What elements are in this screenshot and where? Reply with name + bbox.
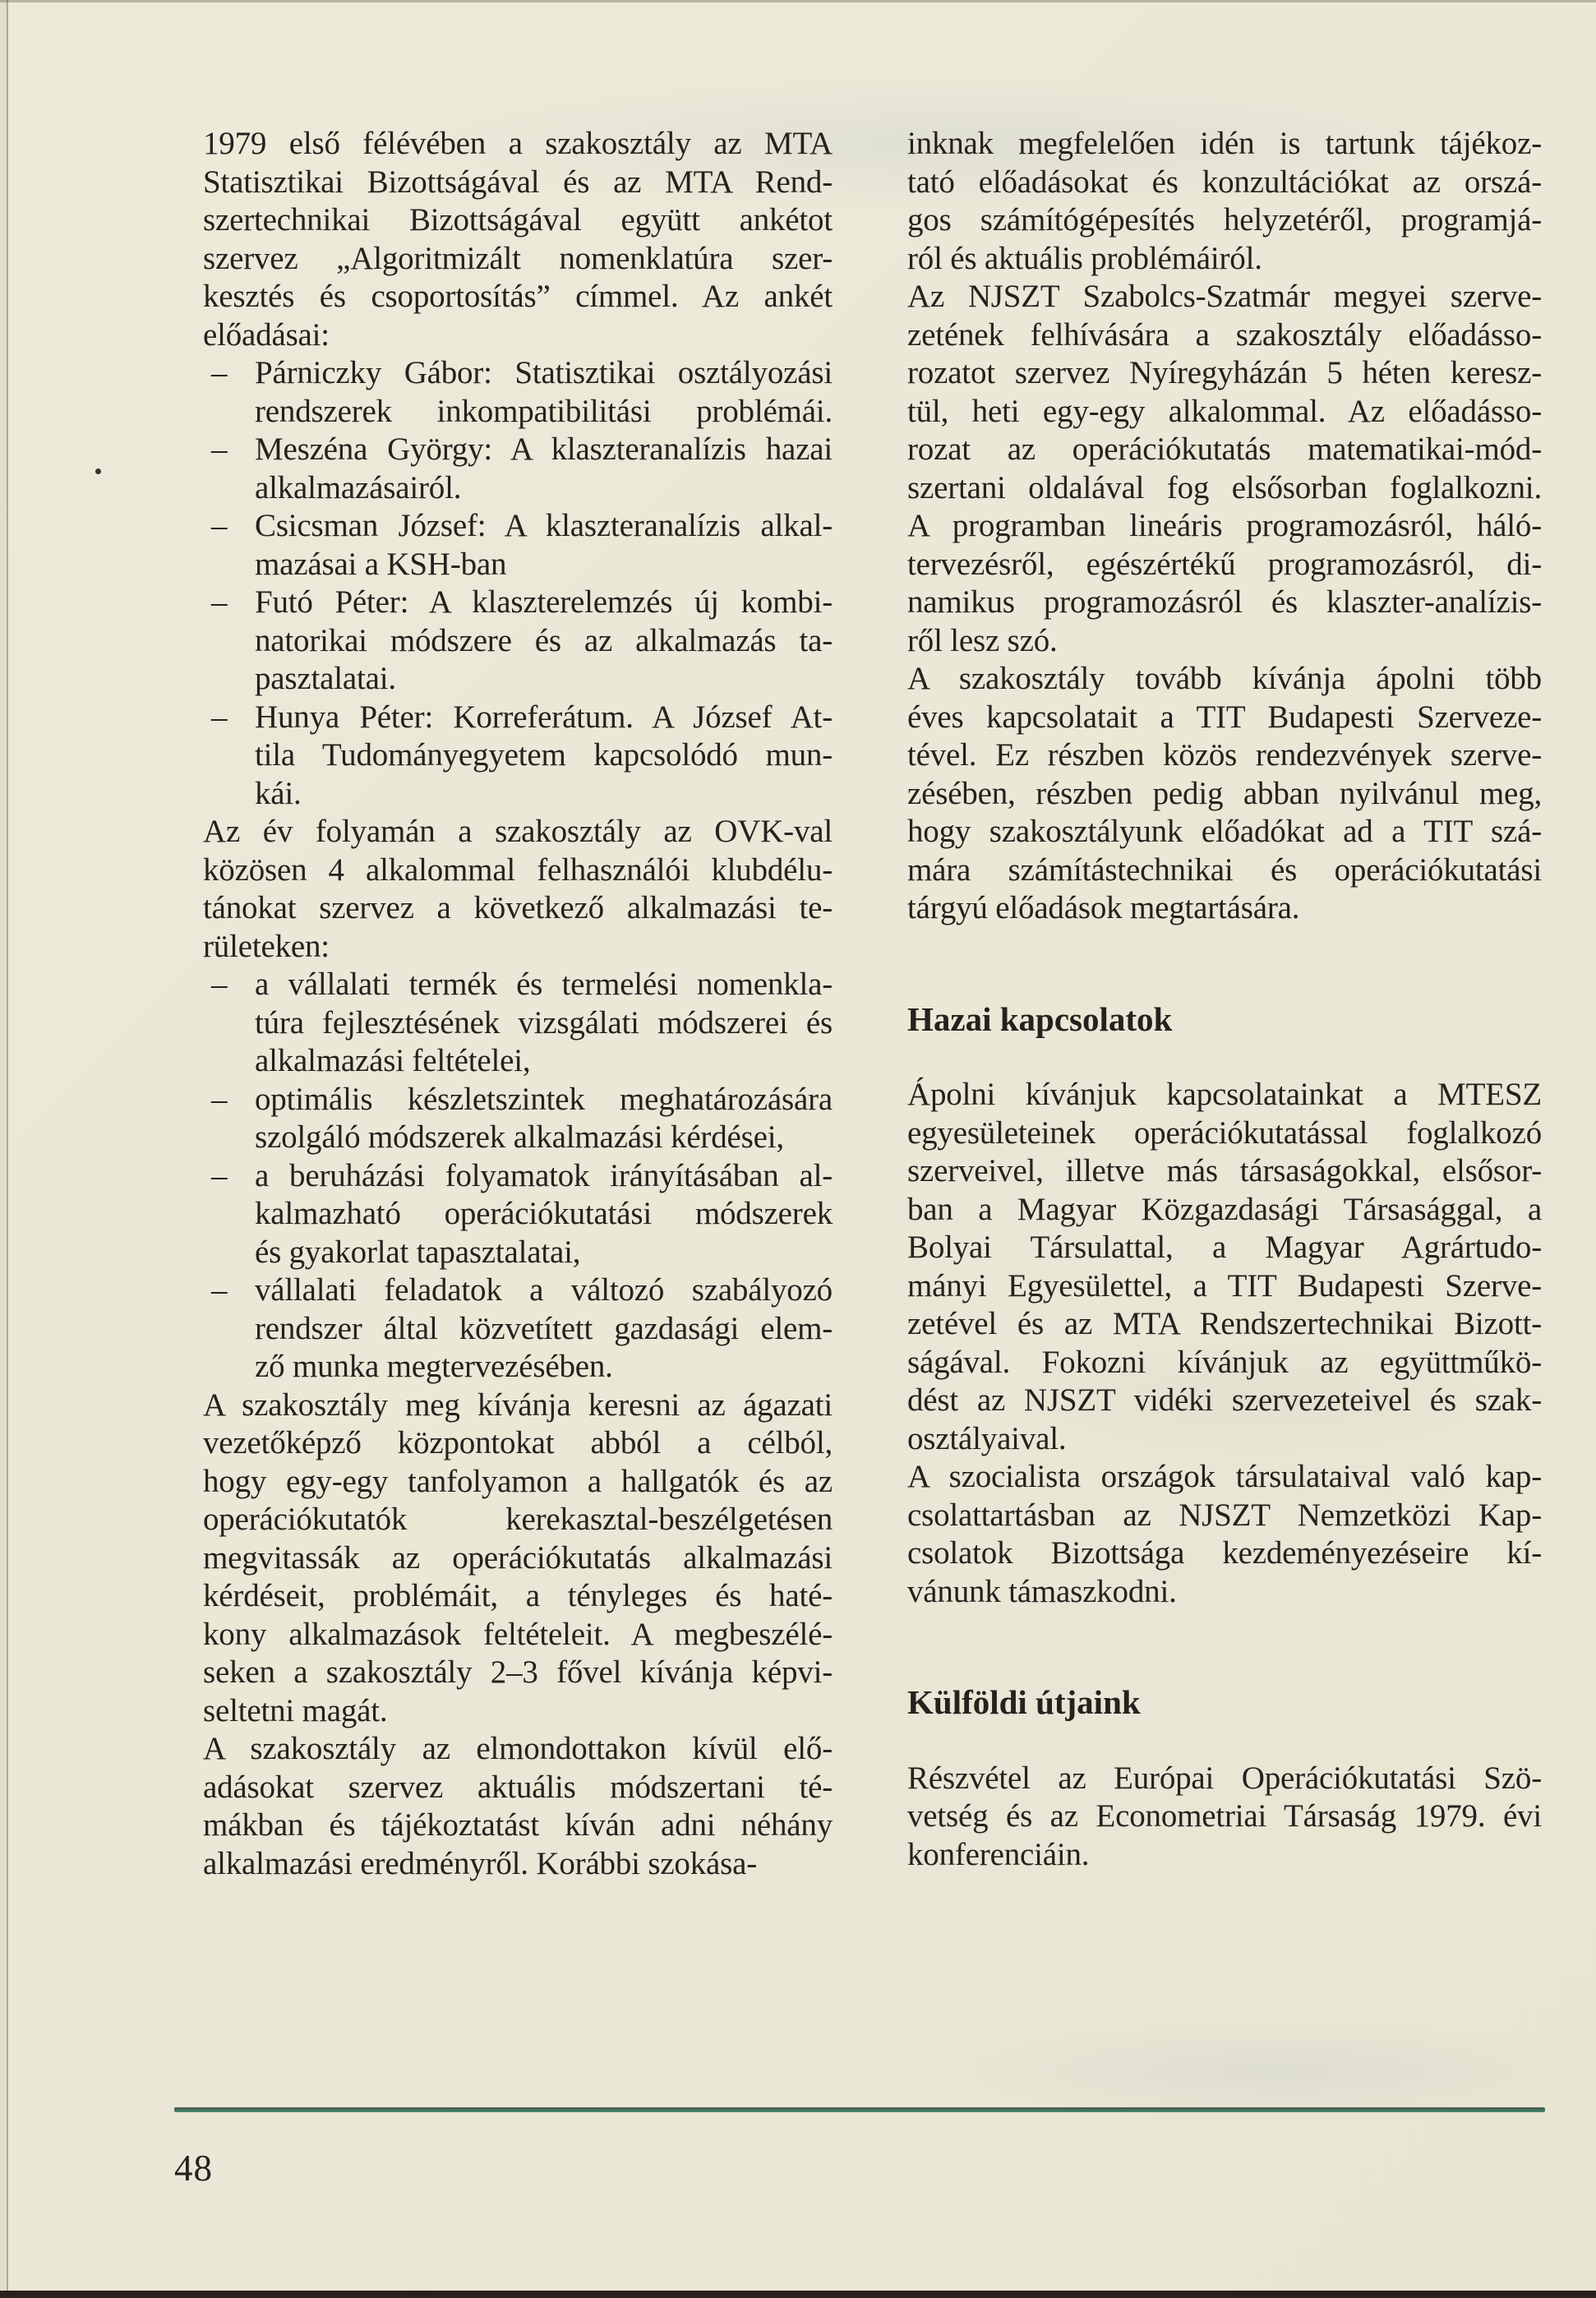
text-line: mákban és tájékoztatást kíván adni néhán…: [203, 1807, 833, 1845]
text-line: tánokat szervez a következő alkalmazási …: [203, 889, 833, 928]
text-line: előadásai:: [203, 316, 833, 355]
text-line: Az NJSZT Szabolcs-Szatmár megyei szerve-: [907, 278, 1542, 316]
text-line: rozat az operációkutatás matematikai-mód…: [907, 431, 1542, 469]
list-item: –Csicsman József: A klaszteranalízis alk…: [203, 507, 833, 584]
text-line: csolatok Bizottsága kezdeményezéseire kí…: [907, 1534, 1542, 1573]
text-line: mára számítástechnikai és operációkutatá…: [907, 851, 1542, 890]
paragraph: Az év folyamán a szakosztály az OVK-valk…: [203, 813, 833, 966]
text-line: éves kapcsolatait a TIT Budapesti Szerve…: [907, 699, 1542, 737]
text-line: hogy szakosztályunk előadókat ad a TIT s…: [907, 813, 1542, 851]
text-line: A szakosztály az elmondottakon kívül elő…: [203, 1730, 833, 1769]
text-line: rendszerek inkompatibilitási problémái.: [255, 393, 833, 431]
text-line: A programban lineáris programozásról, há…: [907, 507, 1542, 546]
text-line: megvitassák az operációkutatás alkalmazá…: [203, 1539, 833, 1578]
scan-bottom-edge: [0, 2291, 1596, 2298]
text-line: szertechnikai Bizottságával együtt ankét…: [203, 201, 833, 240]
text-line: szervez „Algoritmizált nomenklatúra szer…: [203, 240, 833, 279]
paragraph: A szocialista országok társulataival val…: [907, 1458, 1542, 1611]
text-line: vetség és az Econometriai Társaság 1979.…: [907, 1797, 1542, 1836]
text-line: egyesületeinek operációkutatással foglal…: [907, 1114, 1542, 1153]
text-line: vezetőképző központokat abból a célból,: [203, 1424, 833, 1463]
dash-bullet: –: [211, 354, 244, 393]
text-line: seken a szakosztály 2–3 fővel kívánja ké…: [203, 1654, 833, 1692]
text-line: Meszéna György: A klaszteranalízis hazai: [255, 431, 833, 469]
text-line: szolgáló módszerek alkalmazási kérdései,: [255, 1119, 833, 1157]
dash-bullet: –: [211, 699, 244, 737]
text-line: Csicsman József: A klaszteranalízis alka…: [255, 507, 833, 546]
dash-bullet: –: [211, 507, 244, 546]
text-line: osztályaival.: [907, 1420, 1542, 1459]
text-line: szerveivel, illetve más társaságokkal, e…: [907, 1152, 1542, 1191]
paragraph: A szakosztály az elmondottakon kívül elő…: [203, 1730, 833, 1883]
text-line: kái.: [255, 775, 833, 814]
paragraph: A szakosztály tovább kívánja ápolni több…: [907, 660, 1542, 928]
text-line: alkalmazási feltételei,: [255, 1042, 833, 1081]
text-line: tül, heti egy-egy alkalommal. Az előadás…: [907, 393, 1542, 431]
text-line: namikus programozásról és klaszter-analí…: [907, 584, 1542, 622]
dash-bullet: –: [211, 431, 244, 469]
text-line: zetének felhívására a szakosztály előadá…: [907, 316, 1542, 355]
text-line: Futó Péter: A klaszterelemzés új kombi-: [255, 584, 833, 622]
text-line: pasztalatai.: [255, 660, 833, 699]
text-line: zetével és az MTA Rendszertechnikai Bizo…: [907, 1305, 1542, 1344]
text-line: hogy egy-egy tanfolyamon a hallgatók és …: [203, 1463, 833, 1502]
text-line: Bolyai Társulattal, a Magyar Agrártudo-: [907, 1229, 1542, 1267]
paragraph: Részvétel az Európai Operációkutatási Sz…: [907, 1760, 1542, 1875]
text-line: kérdéseit, problémáit, a tényleges és ha…: [203, 1577, 833, 1616]
text-line: túra fejlesztésének vizsgálati módszerei…: [255, 1004, 833, 1043]
paragraph: inknak megfelelően idén is tartunk tájék…: [907, 125, 1542, 278]
scan-left-edge-line: [7, 0, 8, 2298]
column-right: inknak megfelelően idén is tartunk tájék…: [907, 125, 1542, 1874]
text-line: natorikai módszere és az alkalmazás ta-: [255, 622, 833, 661]
list-item: –Futó Péter: A klaszterelemzés új kombi-…: [203, 584, 833, 699]
paragraph: Ápolni kívánjuk kapcsolatainkat a MTESZe…: [907, 1076, 1542, 1458]
text-line: tárgyú előadások megtartására.: [907, 889, 1542, 928]
list-item: –a beruházási folyamatok irányításában a…: [203, 1157, 833, 1272]
text-line: operációkutatók kerekasztal-beszélgetése…: [203, 1501, 833, 1539]
text-line: mányi Egyesülettel, a TIT Budapesti Szer…: [907, 1267, 1542, 1306]
text-line: vánunk támaszkodni.: [907, 1573, 1542, 1612]
list-item: –Meszéna György: A klaszteranalízis haza…: [203, 431, 833, 507]
text-line: inknak megfelelően idén is tartunk tájék…: [907, 125, 1542, 164]
text-line: alkalmazásairól.: [255, 469, 833, 508]
text-line: Statisztikai Bizottságával és az MTA Ren…: [203, 164, 833, 202]
paragraph: A szakosztály meg kívánja keresni az ága…: [203, 1387, 833, 1731]
dash-bullet: –: [211, 1157, 244, 1196]
text-line: ságával. Fokozni kívánjuk az együttműkö-: [907, 1344, 1542, 1382]
paper-speck: [95, 468, 101, 474]
text-line: seltetni magát.: [203, 1692, 833, 1731]
scanned-document-page: 1979 első félévében a szakosztály az MTA…: [0, 0, 1596, 2298]
text-line: tervezésről, egészértékű programozásról,…: [907, 546, 1542, 584]
scan-top-edge: [0, 0, 1596, 2]
list-item: –vállalati feladatok a változó szabályoz…: [203, 1271, 833, 1387]
page-number: 48: [174, 2147, 213, 2190]
text-line: tató előadásokat és konzultációkat az or…: [907, 164, 1542, 202]
text-line: gos számítógépesítés helyzetéről, progra…: [907, 201, 1542, 240]
column-left: 1979 első félévében a szakosztály az MTA…: [203, 125, 833, 1883]
text-line: tila Tudományegyetem kapcsolódó mun-: [255, 736, 833, 775]
text-line: vállalati feladatok a változó szabályozó: [255, 1271, 833, 1310]
text-line: a beruházási folyamatok irányításában al…: [255, 1157, 833, 1196]
dash-bullet: –: [211, 1271, 244, 1310]
text-line: csolattartásban az NJSZT Nemzetközi Kap-: [907, 1497, 1542, 1535]
list-item: –Hunya Péter: Korreferátum. A József At-…: [203, 699, 833, 814]
text-line: a vállalati termék és termelési nomenkla…: [255, 966, 833, 1004]
text-line: Hunya Péter: Korreferátum. A József At-: [255, 699, 833, 737]
text-line: és gyakorlat tapasztalatai,: [255, 1234, 833, 1272]
text-line: kalmazható operációkutatási módszerek: [255, 1195, 833, 1234]
text-line: mazásai a KSH-ban: [255, 546, 833, 584]
dash-bullet: –: [211, 1081, 244, 1119]
section-heading: Külföldi útjaink: [907, 1683, 1542, 1722]
text-line: adásokat szervez aktuális módszertani té…: [203, 1769, 833, 1807]
text-line: alkalmazási eredményről. Korábbi szokása…: [203, 1845, 833, 1884]
text-line: dést az NJSZT vidéki szervezeteivel és s…: [907, 1382, 1542, 1420]
dash-bullet: –: [211, 966, 244, 1004]
text-line: kesztés és csoportosítás” címmel. Az ank…: [203, 278, 833, 316]
text-line: optimális készletszintek meghatározására: [255, 1081, 833, 1119]
text-line: A szakosztály tovább kívánja ápolni több: [907, 660, 1542, 699]
text-line: kony alkalmazások feltételeit. A megbesz…: [203, 1616, 833, 1654]
text-line: A szakosztály meg kívánja keresni az ága…: [203, 1387, 833, 1425]
text-line: Az év folyamán a szakosztály az OVK-val: [203, 813, 833, 851]
list-item: –a vállalati termék és termelési nomenkl…: [203, 966, 833, 1081]
text-line: A szocialista országok társulataival val…: [907, 1458, 1542, 1497]
text-line: rozatot szervez Nyíregyházán 5 héten ker…: [907, 354, 1542, 393]
divider-rule: [174, 2107, 1545, 2112]
text-line: szertani oldalával fog elsősorban foglal…: [907, 469, 1542, 508]
text-line: 1979 első félévében a szakosztály az MTA: [203, 125, 833, 164]
text-line: Párniczky Gábor: Statisztikai osztályozá…: [255, 354, 833, 393]
text-line: Ápolni kívánjuk kapcsolatainkat a MTESZ: [907, 1076, 1542, 1114]
text-line: zésében, részben pedig abban nyilvánul m…: [907, 775, 1542, 814]
list-item: –Párniczky Gábor: Statisztikai osztályoz…: [203, 354, 833, 431]
list-item: –optimális készletszintek meghatározásár…: [203, 1081, 833, 1157]
dash-bullet: –: [211, 584, 244, 622]
section-heading: Hazai kapcsolatok: [907, 1000, 1542, 1039]
text-line: ző munka megtervezésében.: [255, 1348, 833, 1387]
text-line: Részvétel az Európai Operációkutatási Sz…: [907, 1760, 1542, 1798]
text-line: rületeken:: [203, 928, 833, 967]
text-line: rendszer által közvetített gazdasági ele…: [255, 1310, 833, 1349]
text-line: közösen 4 alkalommal felhasználói klubdé…: [203, 851, 833, 890]
text-line: tével. Ez részben közös rendezvények sze…: [907, 736, 1542, 775]
paragraph: Az NJSZT Szabolcs-Szatmár megyei szerve-…: [907, 278, 1542, 660]
text-line: ről lesz szó.: [907, 622, 1542, 661]
text-line: ról és aktuális problémáiról.: [907, 240, 1542, 279]
text-line: ban a Magyar Közgazdasági Társasággal, a: [907, 1191, 1542, 1230]
text-line: konferenciáin.: [907, 1836, 1542, 1875]
scan-bleedthrough-smudge: [945, 2022, 1596, 2120]
paragraph: 1979 első félévében a szakosztály az MTA…: [203, 125, 833, 354]
